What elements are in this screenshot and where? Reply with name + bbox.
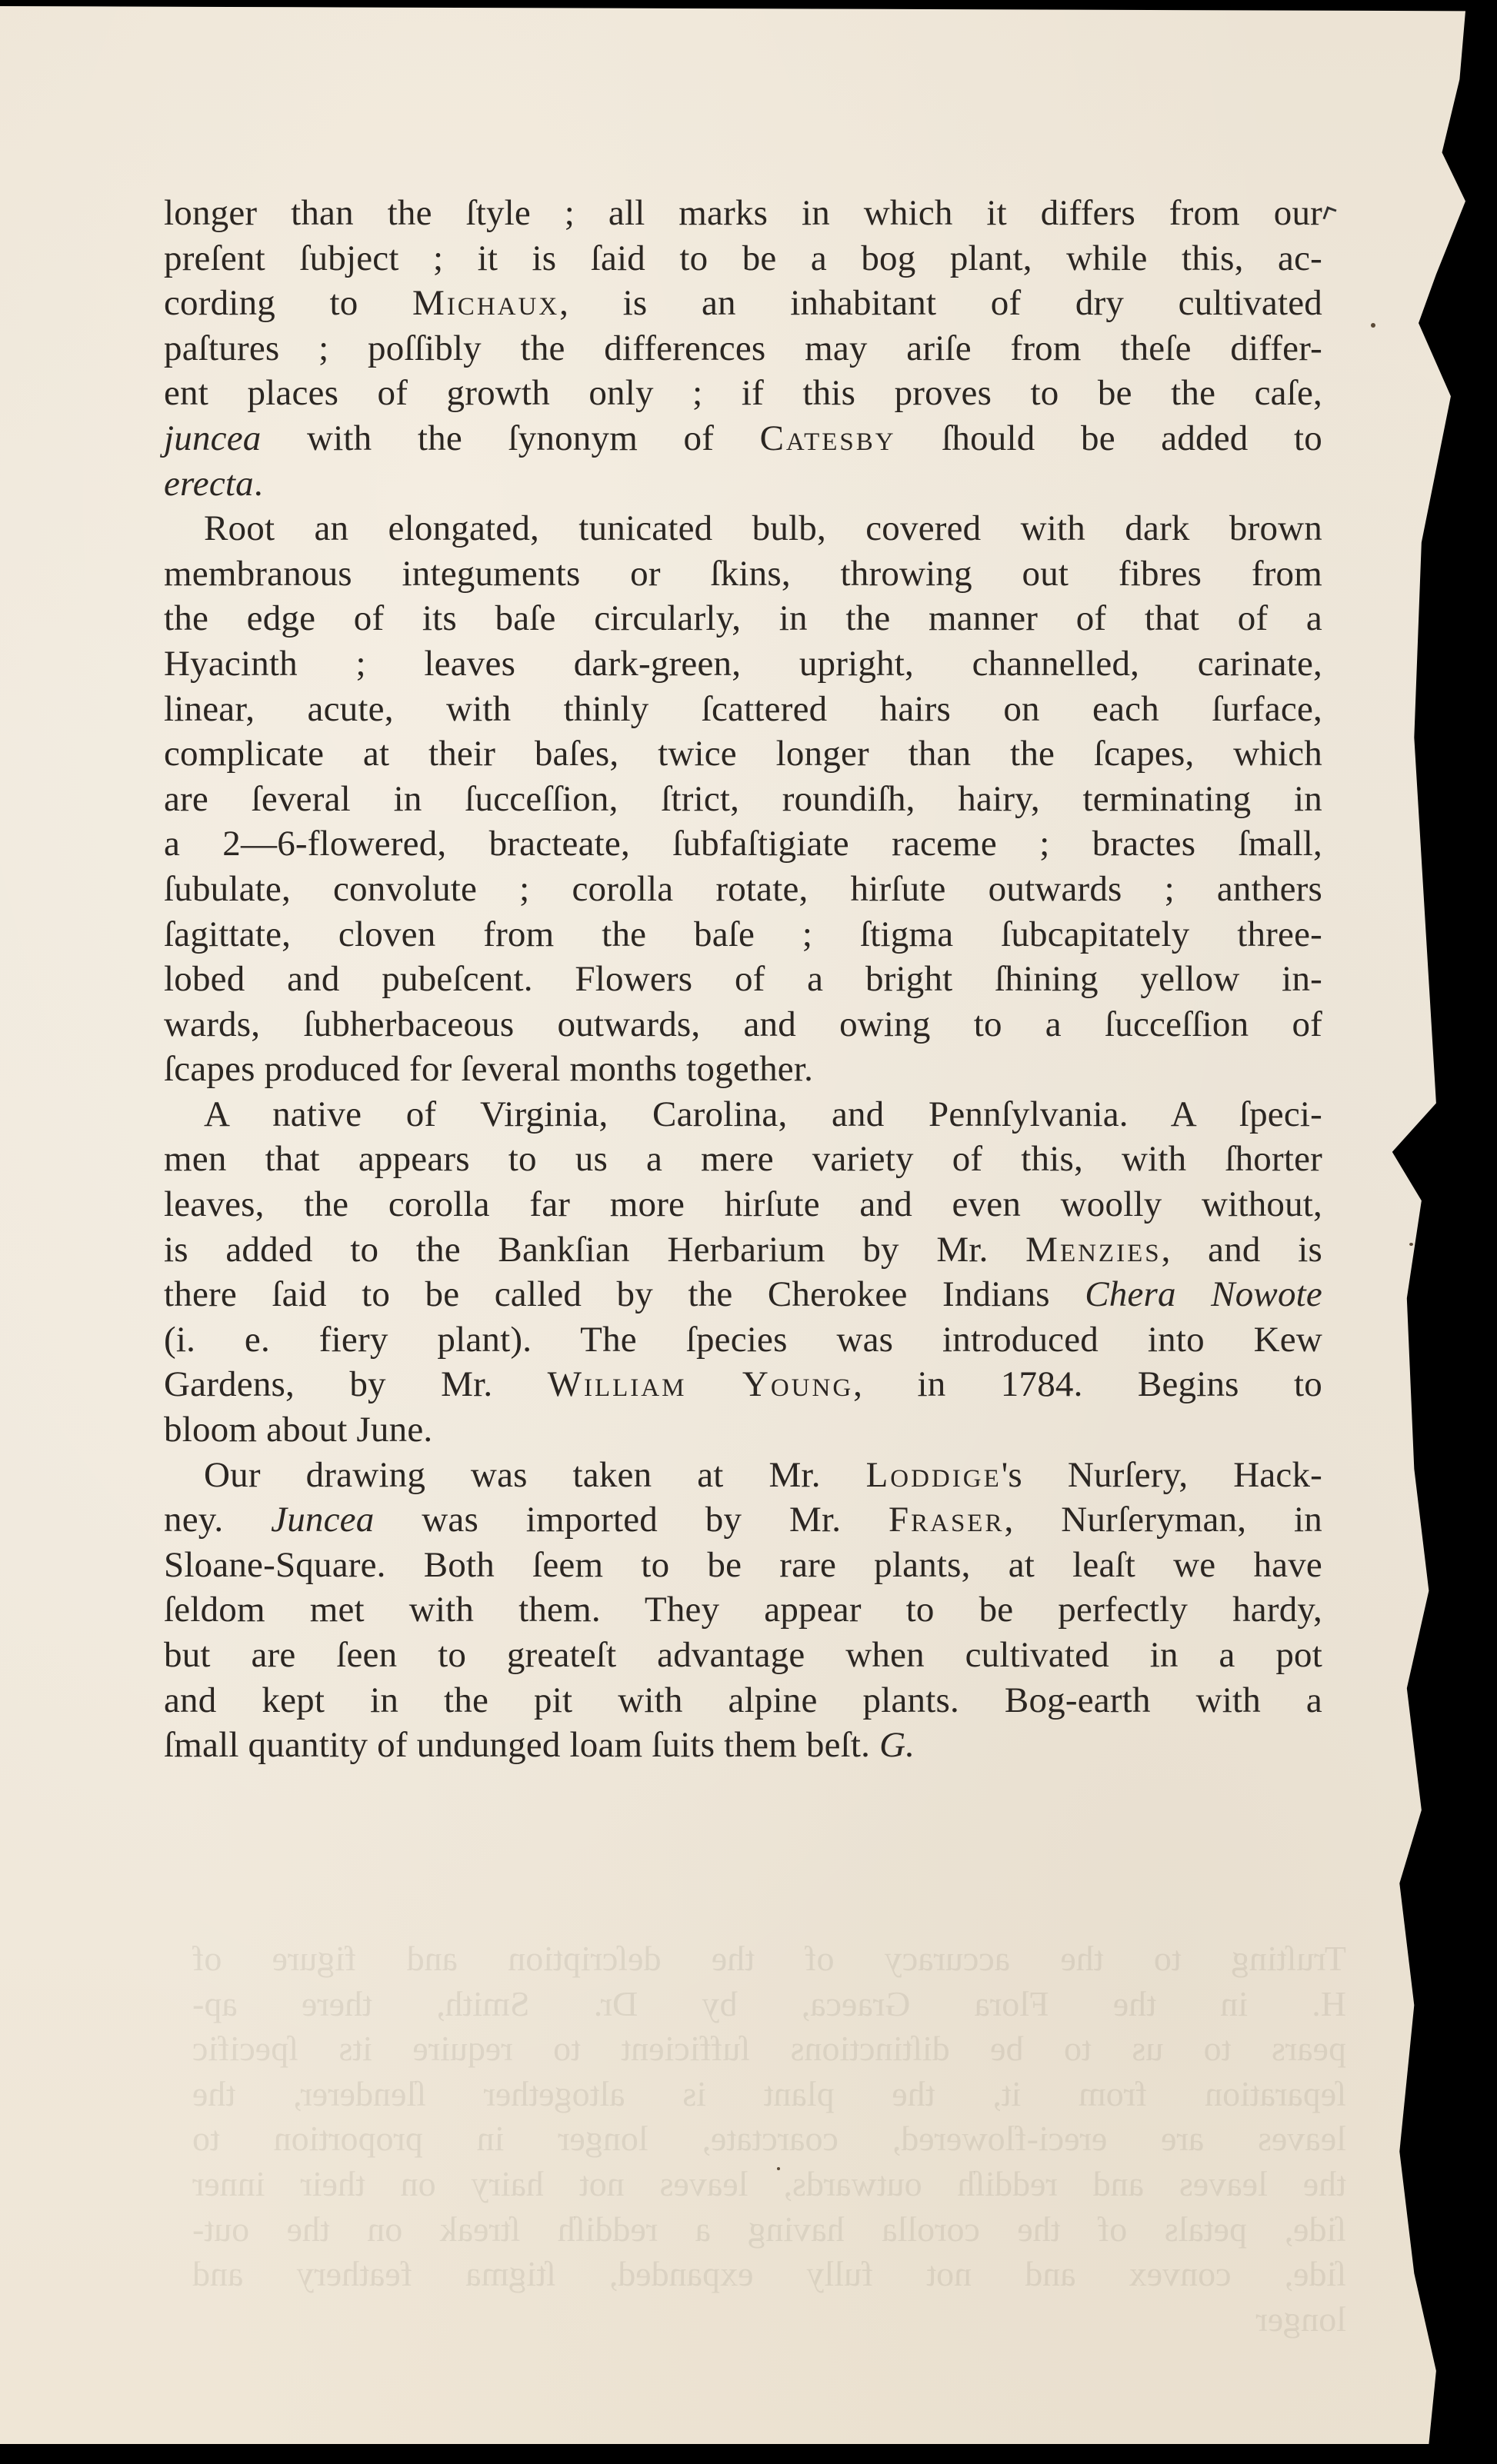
person-name: Fraser bbox=[889, 1500, 1005, 1540]
text-line: linear, acute, with thinly ſcattered hai… bbox=[164, 687, 1322, 732]
text-line: there ſaid to be called by the Cherokee … bbox=[164, 1272, 1322, 1317]
text-line: paſtures ; poſſibly the differences may … bbox=[164, 326, 1322, 371]
text-line: ſagittate, cloven from the baſe ; ſtigma… bbox=[164, 912, 1322, 957]
bleed-line: Truſting to the accuracy of the deſcript… bbox=[192, 1936, 1346, 1982]
text-line: a 2—6-flowered, bracteate, ſubfaſtigiate… bbox=[164, 821, 1322, 867]
text-line: longer than the ſtyle ; all marks in whi… bbox=[164, 191, 1322, 236]
text-line: and kept in the pit with alpine plants. … bbox=[164, 1678, 1322, 1723]
text-line: ſeldom met with them. They appear to be … bbox=[164, 1587, 1322, 1633]
paper-speck bbox=[1431, 691, 1434, 694]
paper-speck bbox=[1371, 323, 1375, 328]
text-line: leaves, the corolla far more hirſute and… bbox=[164, 1182, 1322, 1227]
author-initial: G. bbox=[879, 1725, 915, 1765]
person-name: William Young bbox=[548, 1364, 854, 1404]
species-name: Juncea bbox=[271, 1500, 374, 1540]
author-name: Michaux bbox=[412, 283, 559, 323]
text-line: juncea with the ſynonym of Catesby ſhoul… bbox=[164, 416, 1322, 461]
bleed-through-text: Truſting to the accuracy of the deſcript… bbox=[192, 1936, 1346, 2342]
bleed-line: H. in the Flora Graeca, by Dr. Smith, th… bbox=[192, 1982, 1346, 2027]
body-text: longer than the ſtyle ; all marks in whi… bbox=[164, 191, 1322, 1768]
text-line: ent places of growth only ; if this prov… bbox=[164, 371, 1322, 416]
margin-mark bbox=[1322, 206, 1336, 221]
text-line: the edge of its baſe circularly, in the … bbox=[164, 596, 1322, 641]
bleed-line: ſide, petals of the corolla having a red… bbox=[192, 2207, 1346, 2253]
text-line: ſcapes produced for ſeveral months toget… bbox=[164, 1047, 1322, 1092]
paper-speck bbox=[1409, 1243, 1413, 1246]
person-name: Loddige bbox=[866, 1455, 1002, 1495]
text-line: ſmall quantity of undunged loam ſuits th… bbox=[164, 1723, 1322, 1768]
bleed-line: leaves are ereci-flowered, coarctate, lo… bbox=[192, 2116, 1346, 2162]
text-line: Root an elongated, tunicated bulb, cover… bbox=[164, 506, 1322, 551]
person-name: Menzies bbox=[1025, 1230, 1161, 1270]
text-line: Hyacinth ; leaves dark-green, upright, c… bbox=[164, 641, 1322, 687]
bleed-line: the leaves and reddiſh outwards, leaves … bbox=[192, 2162, 1346, 2207]
text-line: is added to the Bankſian Herbarium by Mr… bbox=[164, 1227, 1322, 1273]
paragraph-4: Our drawing was taken at Mr. Loddige's N… bbox=[164, 1453, 1322, 1768]
text-line: Our drawing was taken at Mr. Loddige's N… bbox=[164, 1453, 1322, 1498]
text-line: complicate at their baſes, twice longer … bbox=[164, 731, 1322, 777]
text-line: are ſeveral in ſucceſſion, ſtrict, round… bbox=[164, 777, 1322, 822]
text-line: membranous integuments or ſkins, throwin… bbox=[164, 551, 1322, 597]
bleed-line: longer bbox=[192, 2297, 1346, 2342]
text-line: Gardens, by Mr. William Young, in 1784. … bbox=[164, 1362, 1322, 1407]
text-line: ney. Juncea was imported by Mr. Fraser, … bbox=[164, 1497, 1322, 1543]
text-line: ſubulate, convolute ; corolla rotate, hi… bbox=[164, 867, 1322, 912]
text-line: lobed and pubeſcent. Flowers of a bright… bbox=[164, 957, 1322, 1002]
bleed-line: ſeparation from it, the plant is altoget… bbox=[192, 2072, 1346, 2117]
text-line: A native of Virginia, Carolina, and Penn… bbox=[164, 1092, 1322, 1137]
text-line: (i. e. fiery plant). The ſpecies was int… bbox=[164, 1317, 1322, 1363]
text-line: preſent ſubject ; it is ſaid to be a bog… bbox=[164, 236, 1322, 281]
text-line: but are ſeen to greateſt advantage when … bbox=[164, 1633, 1322, 1678]
bleed-line: ſide, convex and not fully expanded, ſti… bbox=[192, 2252, 1346, 2297]
species-name: juncea bbox=[164, 418, 261, 458]
bleed-line: pears to us to be diſtinctions ſufficien… bbox=[192, 2026, 1346, 2072]
text-line: men that appears to us a mere variety of… bbox=[164, 1137, 1322, 1182]
paragraph-3: A native of Virginia, Carolina, and Penn… bbox=[164, 1092, 1322, 1453]
text-line: erecta. bbox=[164, 461, 1322, 507]
text-line: wards, ſubherbaceous outwards, and owing… bbox=[164, 1002, 1322, 1047]
paragraph-1: longer than the ſtyle ; all marks in whi… bbox=[164, 191, 1322, 506]
paper-speck bbox=[777, 2167, 780, 2170]
scanned-page: Truſting to the accuracy of the deſcript… bbox=[0, 6, 1465, 2444]
native-name: Chera Nowote bbox=[1085, 1274, 1322, 1314]
species-name: erecta bbox=[164, 464, 254, 504]
text-line: bloom about June. bbox=[164, 1407, 1322, 1453]
author-name: Catesby bbox=[760, 418, 896, 458]
text-line: cording to Michaux, is an inhabitant of … bbox=[164, 281, 1322, 326]
paragraph-2: Root an elongated, tunicated bulb, cover… bbox=[164, 506, 1322, 1092]
text-line: Sloane-Square. Both ſeem to be rare plan… bbox=[164, 1543, 1322, 1588]
